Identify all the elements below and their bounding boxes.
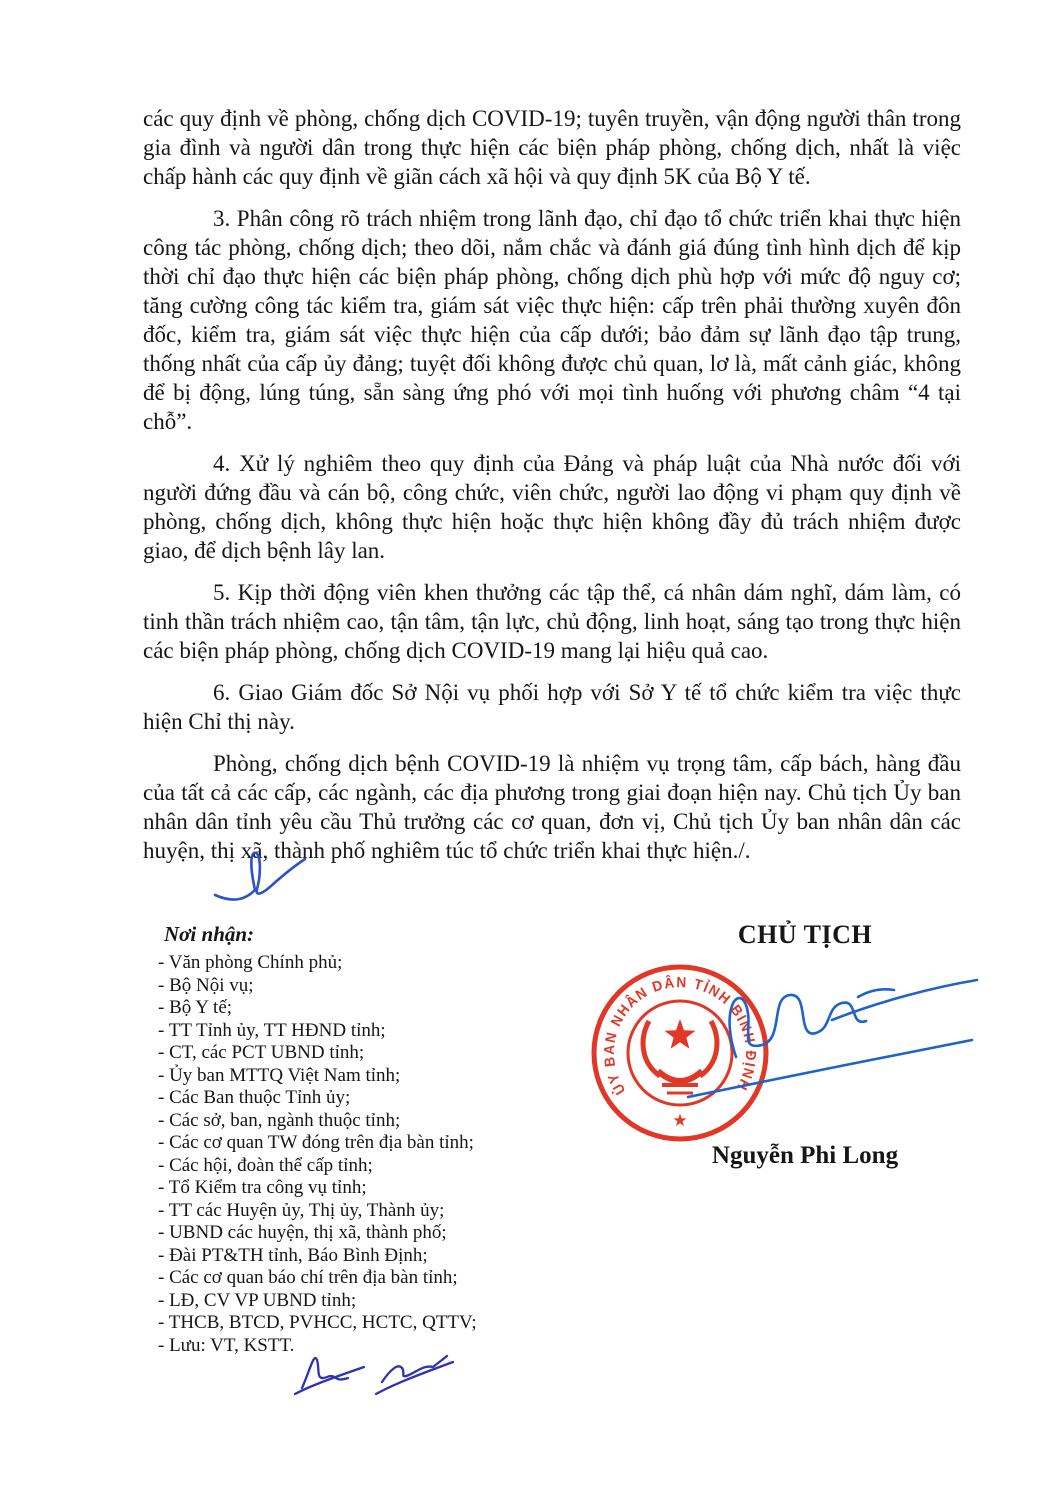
recipient-item: - Bộ Y tế; (158, 997, 588, 1020)
paragraph: 4. Xử lý nghiêm theo quy định của Đảng v… (143, 449, 961, 565)
recipient-item: - Các sở, ban, ngành thuộc tỉnh; (158, 1110, 588, 1133)
seal-emblem-icon (643, 1019, 717, 1093)
recipient-item: - LĐ, CV VP UBND tỉnh; (158, 1290, 588, 1313)
seal-star-icon: ★ (672, 1111, 687, 1131)
clerk-initials-signature (288, 1330, 463, 1402)
recipient-item: - TT các Huyện ủy, Thị ủy, Thành ủy; (158, 1200, 588, 1223)
recipients-header: Nơi nhận: (164, 922, 588, 947)
recipient-item: - Ủy ban MTTQ Việt Nam tỉnh; (158, 1065, 588, 1088)
seal-and-signature: ỦY BAN NHÂN DÂN TỈNH BÌNH ĐỊNH ★ (570, 935, 1010, 1170)
recipient-item: - UBND các huyện, thị xã, thành phố; (158, 1222, 588, 1245)
paragraph: 6. Giao Giám đốc Sở Nội vụ phối hợp với … (143, 678, 961, 736)
recipient-item: - Đài PT&TH tỉnh, Báo Bình Định; (158, 1245, 588, 1268)
approval-paraph-signature (205, 845, 315, 907)
recipient-item: - Các hội, đoàn thể cấp tỉnh; (158, 1155, 588, 1178)
document-body: các quy định về phòng, chống dịch COVID-… (143, 104, 961, 865)
paragraph: các quy định về phòng, chống dịch COVID-… (143, 104, 961, 191)
document-page: các quy định về phòng, chống dịch COVID-… (0, 0, 1061, 1500)
paragraph: 3. Phân công rõ trách nhiệm trong lãnh đ… (143, 204, 961, 436)
recipients-block: Nơi nhận: - Văn phòng Chính phủ;- Bộ Nội… (158, 922, 588, 1357)
recipient-item: - Các cơ quan TW đóng trên địa bàn tỉnh; (158, 1132, 588, 1155)
paragraph: 5. Kịp thời động viên khen thưởng các tậ… (143, 578, 961, 665)
red-seal-stamp: ỦY BAN NHÂN DÂN TỈNH BÌNH ĐỊNH ★ (594, 967, 766, 1139)
recipient-item: - Bộ Nội vụ; (158, 975, 588, 998)
recipient-item: - Các cơ quan báo chí trên địa bàn tỉnh; (158, 1267, 588, 1290)
recipient-item: - Các Ban thuộc Tỉnh ủy; (158, 1087, 588, 1110)
recipient-item: - CT, các PCT UBND tỉnh; (158, 1042, 588, 1065)
recipient-item: - TT Tỉnh ủy, TT HĐND tỉnh; (158, 1020, 588, 1043)
recipients-list: - Văn phòng Chính phủ;- Bộ Nội vụ;- Bộ Y… (158, 952, 588, 1357)
recipient-item: - Văn phòng Chính phủ; (158, 952, 588, 975)
recipient-item: - Tổ Kiểm tra công vụ tỉnh; (158, 1177, 588, 1200)
